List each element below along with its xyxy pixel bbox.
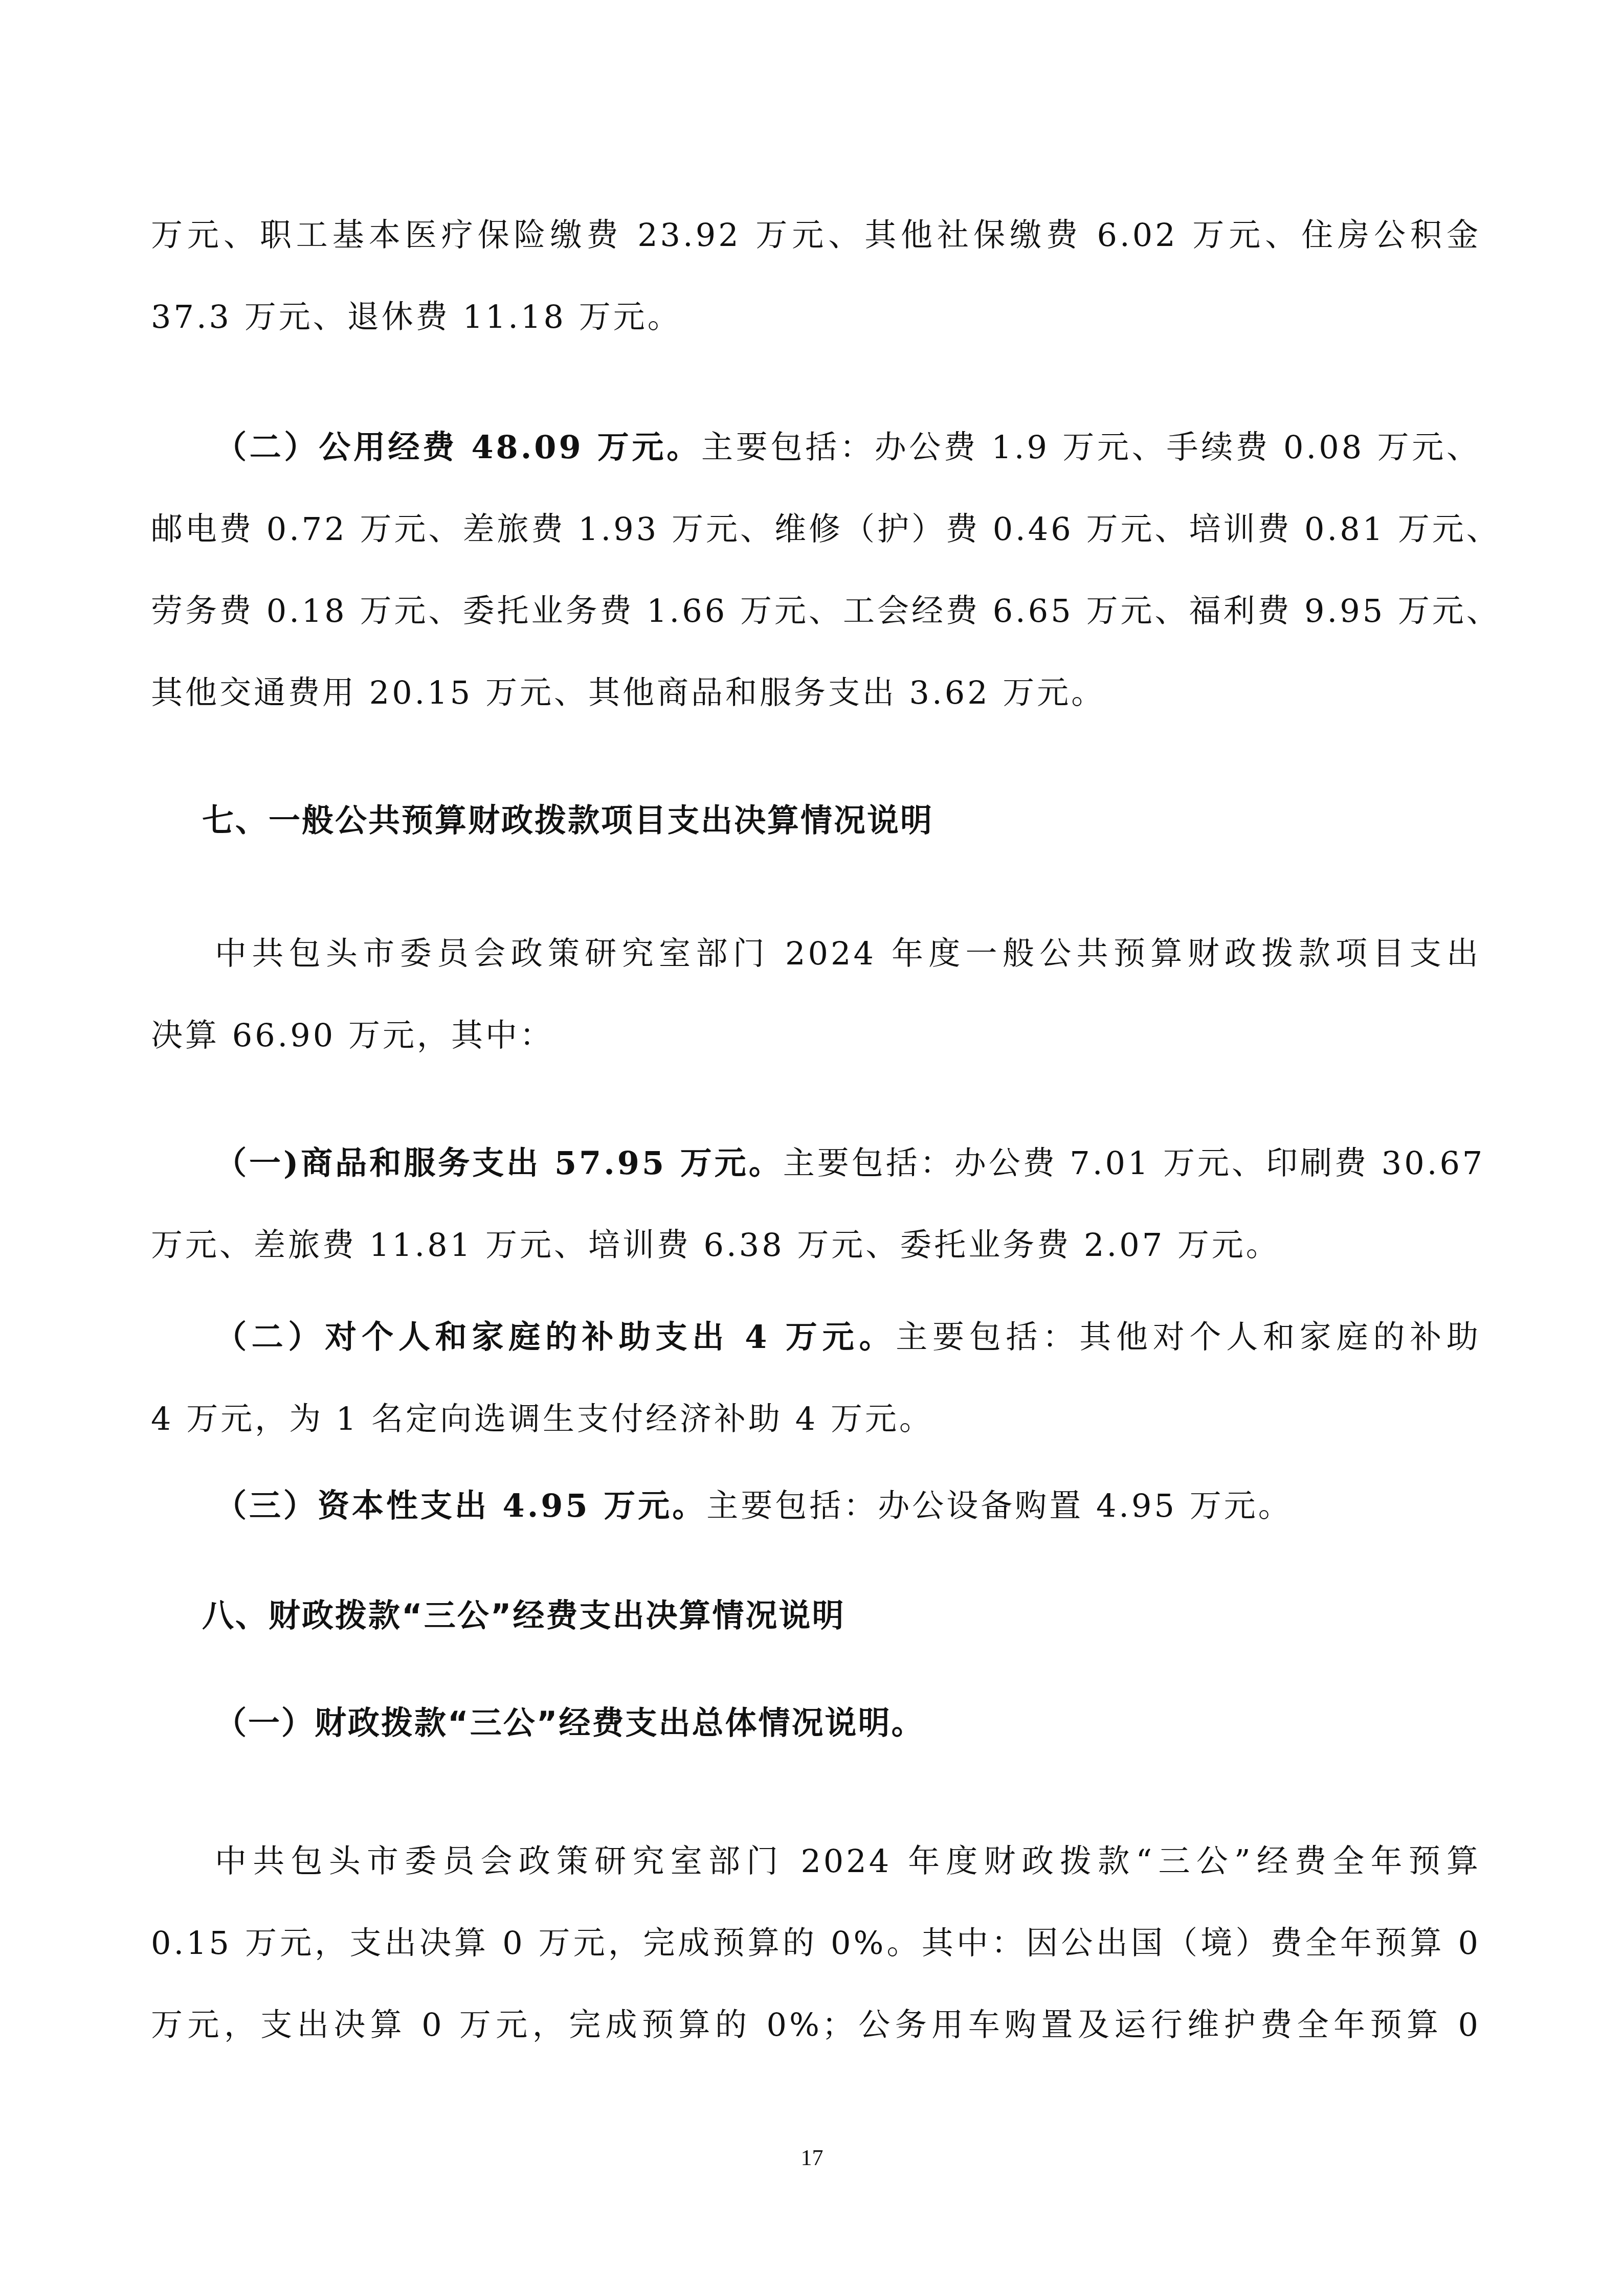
paragraph-line: 中共包头市委员会政策研究室部门 2024 年度财政拨款“三公”经费全年预算 xyxy=(215,1841,1481,1882)
subsidy-text: 主要包括：其他对个人和家庭的补助 xyxy=(896,1318,1481,1356)
paragraph-line: 决算 66.90 万元，其中： xyxy=(151,1015,1481,1056)
goods-services-text: 主要包括：办公费 7.01 万元、印刷费 30.67 xyxy=(783,1144,1485,1182)
paragraph-line: 万元、职工基本医疗保险缴费 23.92 万元、其他社保缴费 6.02 万元、住房… xyxy=(151,215,1481,256)
paragraph-line: 0.15 万元，支出决算 0 万元，完成预算的 0%。其中：因公出国（境）费全年… xyxy=(151,1923,1481,1964)
paragraph-line: 劳务费 0.18 万元、委托业务费 1.66 万元、工会经费 6.65 万元、福… xyxy=(151,591,1481,632)
page-number: 17 xyxy=(0,2145,1624,2171)
public-expense-label: （二）公用经费 48.09 万元。 xyxy=(215,429,701,466)
paragraph-line: 邮电费 0.72 万元、差旅费 1.93 万元、维修（护）费 0.46 万元、培… xyxy=(151,509,1481,550)
paragraph-line: 其他交通费用 20.15 万元、其他商品和服务支出 3.62 万元。 xyxy=(151,672,1481,713)
document-page: 万元、职工基本医疗保险缴费 23.92 万元、其他社保缴费 6.02 万元、住房… xyxy=(0,0,1624,2296)
public-expense-text: 主要包括：办公费 1.9 万元、手续费 0.08 万元、 xyxy=(701,429,1481,466)
public-expense-paragraph: （二）公用经费 48.09 万元。主要包括：办公费 1.9 万元、手续费 0.0… xyxy=(215,427,1481,468)
goods-services-paragraph: （一)商品和服务支出 57.95 万元。主要包括：办公费 7.01 万元、印刷费… xyxy=(215,1143,1481,1184)
capital-text: 主要包括：办公设备购置 4.95 万元。 xyxy=(706,1487,1292,1524)
capital-paragraph: （三）资本性支出 4.95 万元。主要包括：办公设备购置 4.95 万元。 xyxy=(215,1485,1481,1526)
goods-services-label: （一)商品和服务支出 57.95 万元。 xyxy=(215,1144,783,1182)
paragraph-line: 中共包头市委员会政策研究室部门 2024 年度一般公共预算财政拨款项目支出 xyxy=(215,933,1481,974)
capital-label: （三）资本性支出 4.95 万元。 xyxy=(215,1487,706,1524)
paragraph-line: 4 万元，为 1 名定向选调生支付经济补助 4 万元。 xyxy=(151,1399,1481,1439)
section-8-subheading: （一）财政拨款“三公”经费支出总体情况说明。 xyxy=(215,1703,1545,1744)
section-8-heading: 八、财政拨款“三公”经费支出决算情况说明 xyxy=(202,1595,1532,1636)
subsidy-paragraph: （二）对个人和家庭的补助支出 4 万元。主要包括：其他对个人和家庭的补助 xyxy=(215,1317,1481,1358)
paragraph-line: 37.3 万元、退休费 11.18 万元。 xyxy=(151,297,1481,337)
section-7-heading: 七、一般公共预算财政拨款项目支出决算情况说明 xyxy=(202,800,1532,841)
subsidy-label: （二）对个人和家庭的补助支出 4 万元。 xyxy=(215,1318,896,1356)
paragraph-line: 万元，支出决算 0 万元，完成预算的 0%；公务用车购置及运行维护费全年预算 0 xyxy=(151,2005,1481,2045)
paragraph-line: 万元、差旅费 11.81 万元、培训费 6.38 万元、委托业务费 2.07 万… xyxy=(151,1225,1481,1266)
